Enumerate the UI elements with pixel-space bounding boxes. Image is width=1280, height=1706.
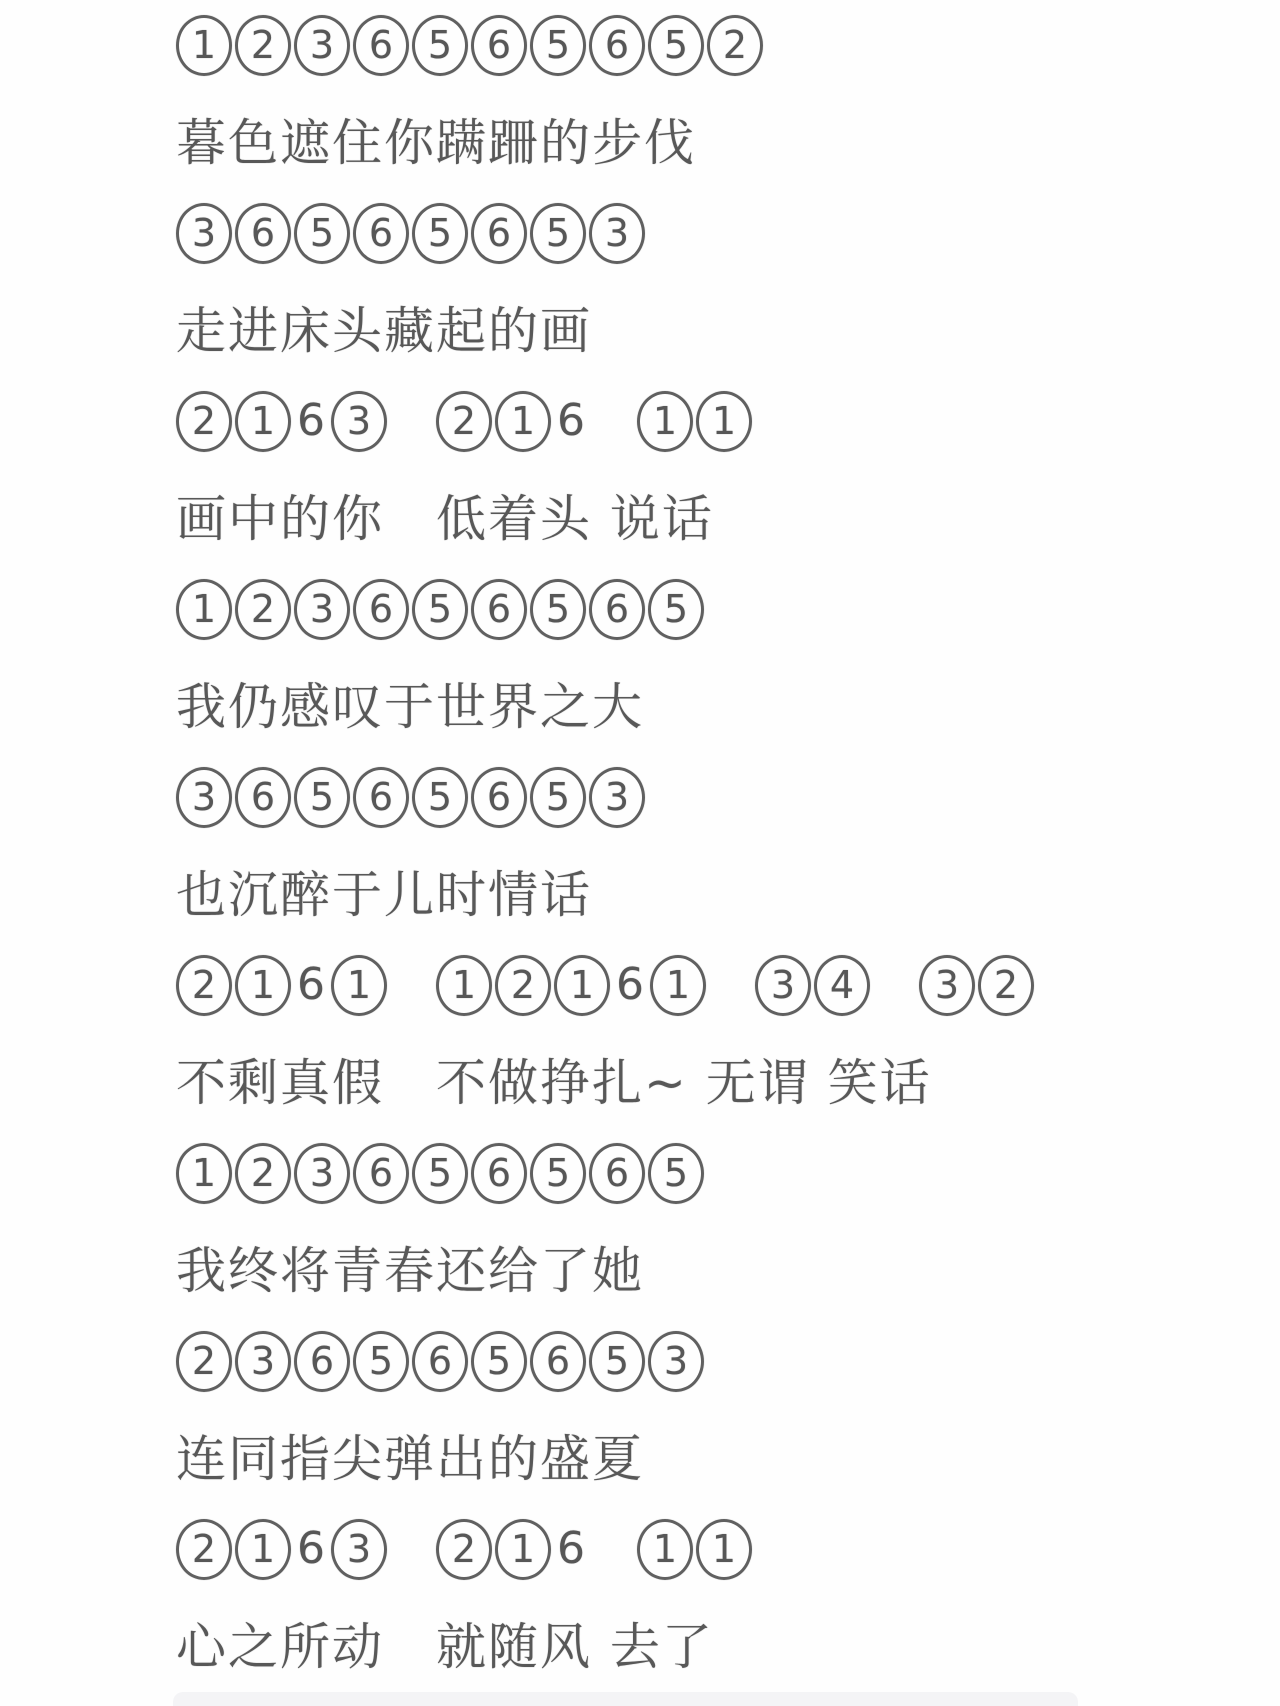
circled-note: 5 xyxy=(648,579,704,640)
circled-note: 6 xyxy=(471,203,527,264)
circled-note: 1 xyxy=(650,955,706,1016)
circled-note: 1 xyxy=(436,955,492,1016)
circled-note: 5 xyxy=(294,203,350,264)
circled-note: 1 xyxy=(696,391,752,452)
plain-note: 6 xyxy=(613,963,647,1007)
circled-note: 3 xyxy=(294,15,350,76)
note-group: 11 xyxy=(637,1519,755,1580)
circled-note: 4 xyxy=(814,955,870,1016)
circled-note: 5 xyxy=(412,579,468,640)
plain-note: 6 xyxy=(294,963,328,1007)
note-group: 34 xyxy=(755,955,873,1016)
lyric-line: 走进床头藏起的画 xyxy=(176,298,1280,356)
circled-note: 5 xyxy=(530,579,586,640)
circled-note: 1 xyxy=(235,955,291,1016)
circled-note: 5 xyxy=(412,203,468,264)
circled-note: 6 xyxy=(471,15,527,76)
circled-note: 5 xyxy=(530,203,586,264)
lyric-sheet: 1236565652暮色遮住你蹒跚的步伐36565653走进床头藏起的画2163… xyxy=(0,0,1280,1706)
circled-note: 5 xyxy=(412,1143,468,1204)
circled-note: 2 xyxy=(235,579,291,640)
notation-line: 216321611 xyxy=(176,1520,1280,1578)
circled-note: 5 xyxy=(353,1331,409,1392)
circled-note: 3 xyxy=(176,767,232,828)
circled-note: 2 xyxy=(978,955,1034,1016)
circled-note: 2 xyxy=(176,391,232,452)
note-group: 2163 xyxy=(176,1519,390,1580)
circled-note: 6 xyxy=(235,767,291,828)
plain-note: 6 xyxy=(294,1527,328,1571)
circled-note: 5 xyxy=(412,15,468,76)
circled-note: 3 xyxy=(235,1331,291,1392)
note-group: 36565653 xyxy=(176,203,648,264)
note-group: 2161 xyxy=(176,955,390,1016)
notation-line: 123656565 xyxy=(176,580,1280,638)
circled-note: 2 xyxy=(707,15,763,76)
lyric-line: 心之所动 就随风 去了 xyxy=(176,1614,1280,1672)
circled-note: 1 xyxy=(331,955,387,1016)
plain-note: 6 xyxy=(554,399,588,443)
notation-line: 236565653 xyxy=(176,1332,1280,1390)
circled-note: 2 xyxy=(235,1143,291,1204)
circled-note: 6 xyxy=(471,767,527,828)
circled-note: 3 xyxy=(331,391,387,452)
note-group: 236565653 xyxy=(176,1331,707,1392)
footer-band xyxy=(173,1692,1078,1706)
circled-note: 1 xyxy=(495,391,551,452)
note-group: 11 xyxy=(637,391,755,452)
lyric-line: 我终将青春还给了她 xyxy=(176,1238,1280,1296)
circled-note: 3 xyxy=(294,579,350,640)
circled-note: 3 xyxy=(294,1143,350,1204)
lyric-line: 我仍感叹于世界之大 xyxy=(176,674,1280,732)
circled-note: 2 xyxy=(495,955,551,1016)
note-group: 32 xyxy=(919,955,1037,1016)
note-group: 2163 xyxy=(176,391,390,452)
circled-note: 6 xyxy=(589,15,645,76)
lyric-line: 画中的你 低着头 说话 xyxy=(176,486,1280,544)
notation-line: 2161121613432 xyxy=(176,956,1280,1014)
circled-note: 1 xyxy=(696,1519,752,1580)
lyric-line: 不剩真假 不做挣扎~ 无谓 笑话 xyxy=(176,1050,1280,1108)
notation-line: 36565653 xyxy=(176,204,1280,262)
circled-note: 5 xyxy=(412,767,468,828)
circled-note: 2 xyxy=(176,955,232,1016)
notation-line: 216321611 xyxy=(176,392,1280,450)
circled-note: 6 xyxy=(589,579,645,640)
note-group: 1236565652 xyxy=(176,15,766,76)
circled-note: 1 xyxy=(235,391,291,452)
note-group: 36565653 xyxy=(176,767,648,828)
circled-note: 6 xyxy=(353,1143,409,1204)
circled-note: 3 xyxy=(589,203,645,264)
circled-note: 5 xyxy=(471,1331,527,1392)
circled-note: 5 xyxy=(648,1143,704,1204)
circled-note: 5 xyxy=(589,1331,645,1392)
circled-note: 3 xyxy=(919,955,975,1016)
circled-note: 1 xyxy=(176,1143,232,1204)
note-group: 216 xyxy=(436,1519,591,1580)
circled-note: 3 xyxy=(176,203,232,264)
circled-note: 2 xyxy=(176,1331,232,1392)
circled-note: 6 xyxy=(294,1331,350,1392)
circled-note: 5 xyxy=(294,767,350,828)
circled-note: 1 xyxy=(495,1519,551,1580)
lyric-line: 暮色遮住你蹒跚的步伐 xyxy=(176,110,1280,168)
circled-note: 6 xyxy=(589,1143,645,1204)
circled-note: 3 xyxy=(331,1519,387,1580)
circled-note: 1 xyxy=(176,579,232,640)
circled-note: 3 xyxy=(755,955,811,1016)
circled-note: 1 xyxy=(554,955,610,1016)
circled-note: 2 xyxy=(235,15,291,76)
note-group: 123656565 xyxy=(176,579,707,640)
circled-note: 5 xyxy=(530,1143,586,1204)
circled-note: 2 xyxy=(176,1519,232,1580)
note-group: 123656565 xyxy=(176,1143,707,1204)
circled-note: 2 xyxy=(436,391,492,452)
notation-line: 36565653 xyxy=(176,768,1280,826)
note-group: 12161 xyxy=(436,955,709,1016)
plain-note: 6 xyxy=(554,1527,588,1571)
circled-note: 5 xyxy=(530,15,586,76)
circled-note: 6 xyxy=(353,15,409,76)
notation-line: 1236565652 xyxy=(176,16,1280,74)
circled-note: 6 xyxy=(471,1143,527,1204)
circled-note: 1 xyxy=(176,15,232,76)
plain-note: 6 xyxy=(294,399,328,443)
notation-line: 123656565 xyxy=(176,1144,1280,1202)
circled-note: 6 xyxy=(353,579,409,640)
note-group: 216 xyxy=(436,391,591,452)
lyric-line: 连同指尖弹出的盛夏 xyxy=(176,1426,1280,1484)
circled-note: 1 xyxy=(637,1519,693,1580)
circled-note: 2 xyxy=(436,1519,492,1580)
circled-note: 6 xyxy=(353,767,409,828)
circled-note: 6 xyxy=(530,1331,586,1392)
circled-note: 6 xyxy=(353,203,409,264)
circled-note: 5 xyxy=(530,767,586,828)
circled-note: 5 xyxy=(648,15,704,76)
circled-note: 6 xyxy=(235,203,291,264)
circled-note: 3 xyxy=(589,767,645,828)
lyric-line: 也沉醉于儿时情话 xyxy=(176,862,1280,920)
circled-note: 6 xyxy=(412,1331,468,1392)
circled-note: 1 xyxy=(235,1519,291,1580)
circled-note: 6 xyxy=(471,579,527,640)
circled-note: 3 xyxy=(648,1331,704,1392)
circled-note: 1 xyxy=(637,391,693,452)
